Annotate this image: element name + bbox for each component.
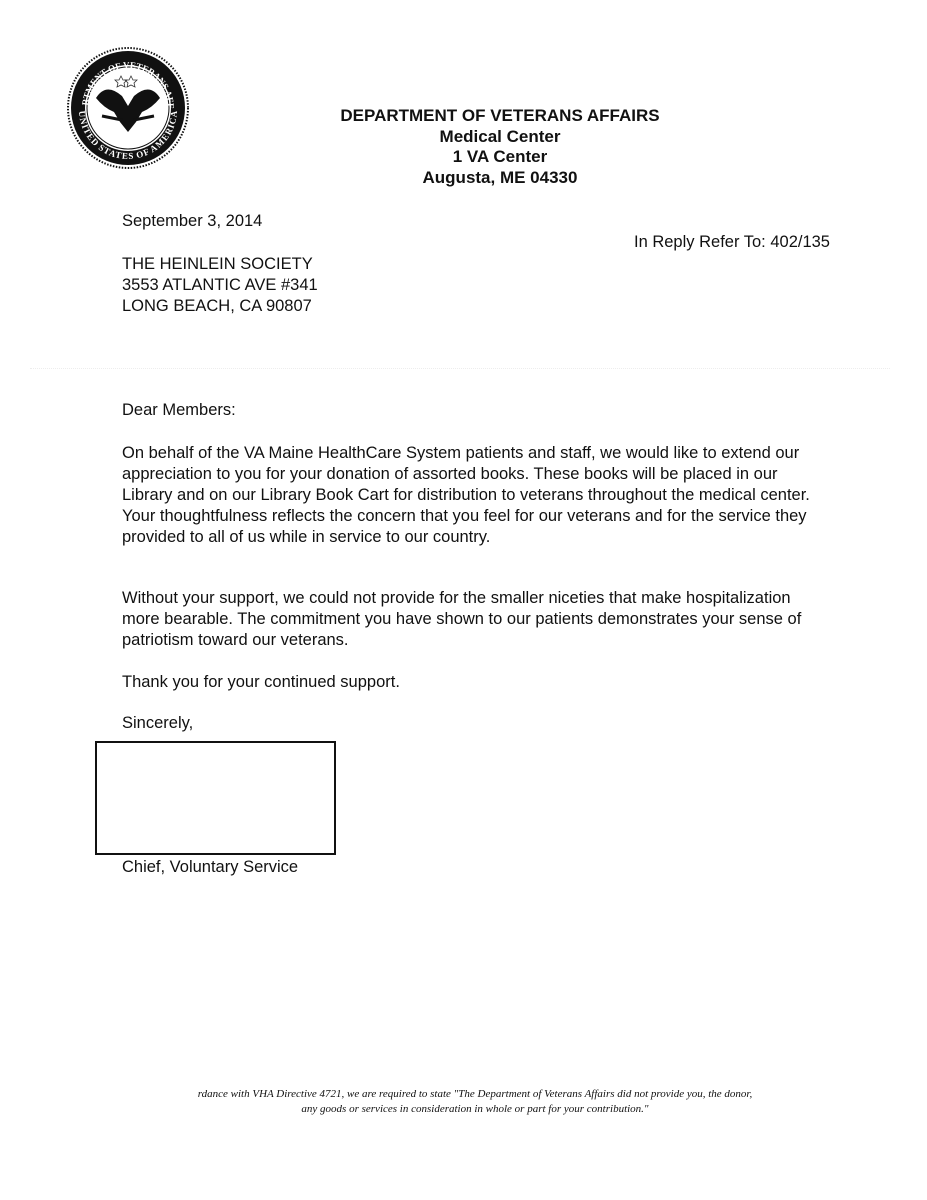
footer-line-1: rdance with VHA Directive 4721, we are r… bbox=[150, 1087, 800, 1102]
facility-city: Augusta, ME 04330 bbox=[290, 168, 710, 189]
body-paragraph-1: On behalf of the VA Maine HealthCare Sys… bbox=[122, 443, 822, 548]
recipient-name: THE HEINLEIN SOCIETY bbox=[122, 254, 318, 275]
reply-reference: In Reply Refer To: 402/135 bbox=[634, 233, 830, 252]
eagle-seal-icon: DEPARTMENT OF VETERANS AFFAIRS UNITED ST… bbox=[66, 46, 190, 170]
recipient-address: THE HEINLEIN SOCIETY 3553 ATLANTIC AVE #… bbox=[122, 254, 318, 317]
body-paragraph-3: Thank you for your continued support. bbox=[122, 672, 822, 693]
signature-title: Chief, Voluntary Service bbox=[122, 858, 298, 877]
recipient-city: LONG BEACH, CA 90807 bbox=[122, 296, 318, 317]
letterhead: DEPARTMENT OF VETERANS AFFAIRS Medical C… bbox=[290, 106, 710, 188]
footer-disclaimer: rdance with VHA Directive 4721, we are r… bbox=[150, 1087, 800, 1117]
recipient-street: 3553 ATLANTIC AVE #341 bbox=[122, 275, 318, 296]
facility-name: Medical Center bbox=[290, 127, 710, 148]
facility-street: 1 VA Center bbox=[290, 147, 710, 168]
closing: Sincerely, bbox=[122, 714, 193, 733]
salutation: Dear Members: bbox=[122, 401, 236, 420]
body-paragraph-2: Without your support, we could not provi… bbox=[122, 588, 822, 651]
footer-line-2: any goods or services in consideration i… bbox=[150, 1102, 800, 1117]
va-seal-logo: DEPARTMENT OF VETERANS AFFAIRS UNITED ST… bbox=[66, 46, 190, 170]
scan-artifact-divider bbox=[30, 368, 890, 375]
signature-box bbox=[95, 741, 336, 855]
letter-date: September 3, 2014 bbox=[122, 212, 262, 231]
department-name: DEPARTMENT OF VETERANS AFFAIRS bbox=[290, 106, 710, 127]
